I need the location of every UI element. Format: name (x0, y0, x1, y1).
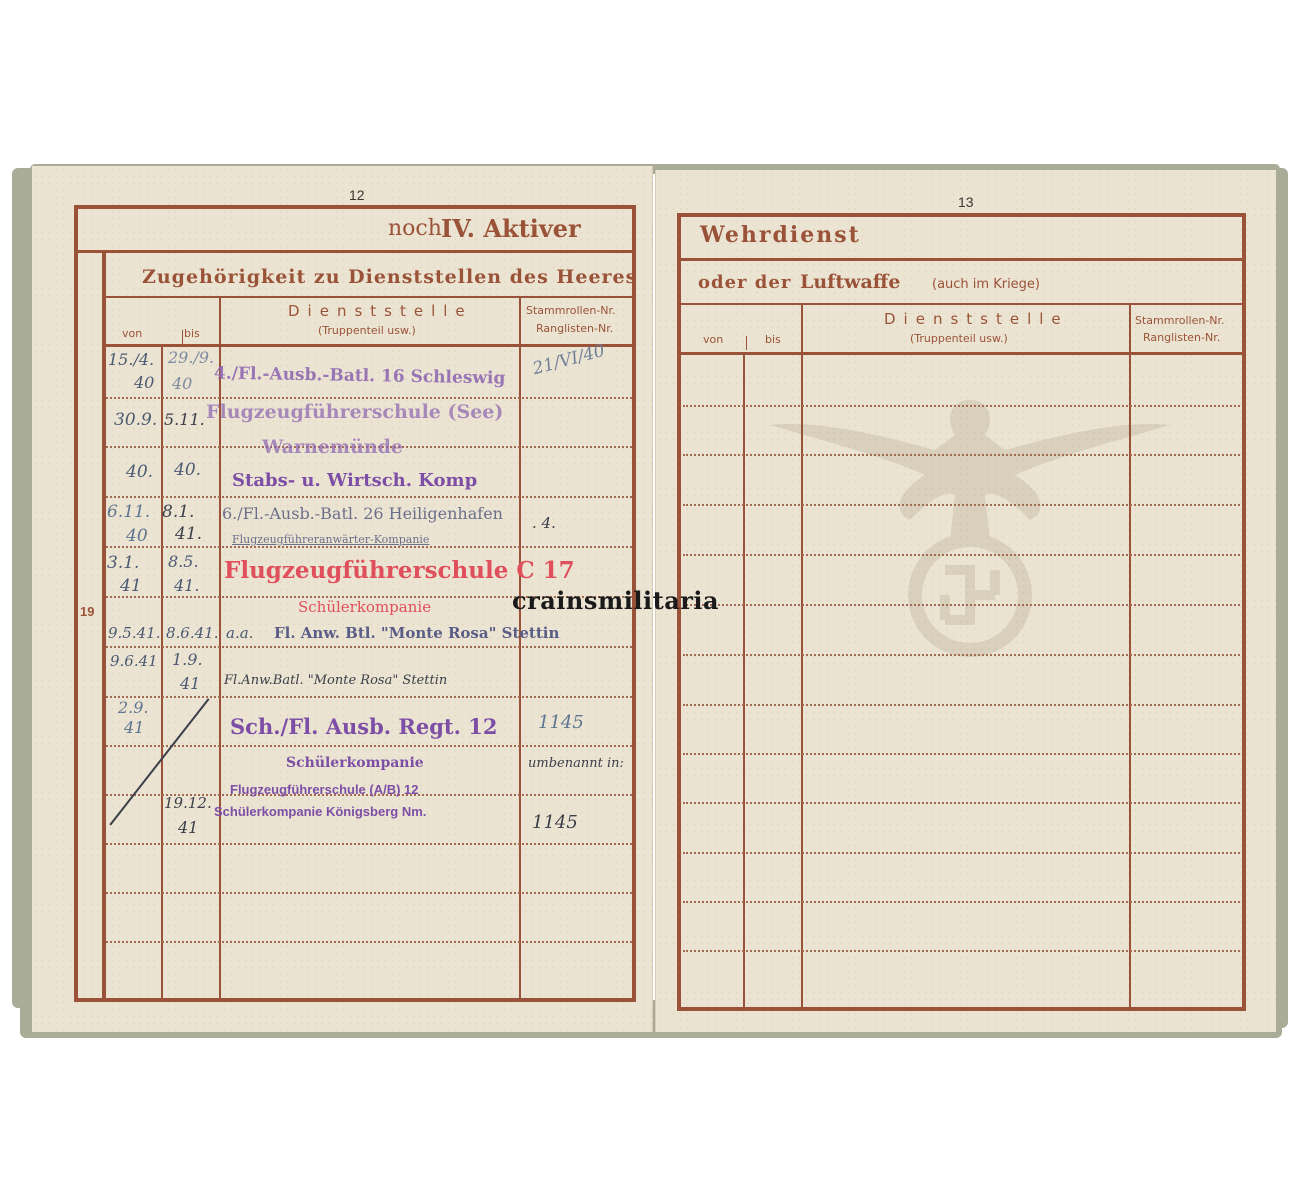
hw-von: 2.9. (118, 698, 149, 717)
header-title-prefix: noch (388, 216, 442, 241)
hw-bis: 41. (174, 576, 199, 595)
row-line (683, 802, 1240, 804)
header-divider (677, 258, 1246, 261)
row-line (106, 496, 632, 498)
hw-bis: 41 (180, 674, 200, 693)
hw-note-aa: a.a. (226, 624, 253, 642)
row-line (106, 745, 632, 747)
hw-von: 15./4. (108, 350, 154, 369)
hw-bis: 19.12. (164, 794, 212, 812)
hw-von: 6.11. (107, 502, 150, 522)
col-header-dienststelle: Dienststelle (884, 310, 1069, 328)
hw-von: 40 (126, 526, 148, 546)
hw-bis: 8.1. (162, 502, 194, 522)
hw-stamm: 1145 (532, 812, 578, 833)
col-divider-dienststelle (519, 298, 521, 1000)
stamp-heiligenhafen: 6./Fl.-Ausb.-Batl. 26 Heiligenhafen (222, 504, 503, 523)
row-line (683, 950, 1240, 952)
col-header-stamm-1: Stammrollen-Nr. (1135, 314, 1225, 327)
row-line (683, 454, 1240, 456)
row-line (683, 704, 1240, 706)
section-title-main: Luftwaffe (800, 271, 900, 293)
side-page-number: 19 (80, 604, 94, 619)
section-divider (104, 296, 634, 298)
col-header-dienststelle: Dienststelle (288, 302, 473, 320)
section-title: Zugehörigkeit zu Dienststellen des Heere… (142, 266, 637, 288)
header-divider (74, 250, 636, 253)
hw-stamm: 1145 (538, 712, 584, 733)
margin-line (102, 252, 106, 1000)
column-header-divider (104, 344, 634, 347)
row-line (683, 604, 1240, 606)
section-title-suffix: (auch im Kriege) (932, 277, 1040, 292)
header-title: Wehrdienst (700, 222, 861, 248)
hw-von: 41 (124, 718, 144, 737)
stamp-fschule-c17: Flugzeugführerschule C 17 (224, 557, 575, 584)
hw-von: 41 (120, 576, 142, 596)
row-line (683, 753, 1240, 755)
col-header-von: von (703, 333, 723, 346)
hw-bis: 40 (172, 374, 192, 393)
von-bis-tick (182, 330, 183, 344)
col-header-stamm-1: Stammrollen-Nr. (526, 304, 616, 317)
stamp-schuelerkomp-red: Schülerkompanie (298, 598, 431, 616)
row-line (683, 504, 1240, 506)
section-title-prefix: oder der (698, 272, 791, 293)
section-divider (681, 303, 1242, 305)
row-line (106, 941, 632, 943)
hw-bis: 40. (174, 460, 201, 480)
eagle-emblem-icon (760, 380, 1180, 660)
hw-bis: 41 (178, 818, 198, 837)
hw-entry: Fl.Anw.Batl. "Monte Rosa" Stettin (224, 673, 447, 688)
row-line (106, 397, 632, 399)
row-line (683, 901, 1240, 903)
stamp-warnemuende: Warnemünde (262, 436, 403, 458)
stamp-fschule-ab12: Flugzeugführerschule (A/B) 12 (230, 782, 419, 797)
hw-bis: 5.11. (164, 410, 205, 429)
hw-bis: 1.9. (172, 650, 203, 669)
stamp-monte-rosa: Fl. Anw. Btl. "Monte Rosa" Stettin (274, 624, 559, 642)
row-line (683, 654, 1240, 656)
row-line (683, 554, 1240, 556)
hw-bis: 8.6.41. (166, 624, 218, 642)
hw-von: 3.1. (107, 553, 139, 573)
hw-bis: 8.5. (168, 552, 199, 571)
stamp-anwaerter-komp: Flugzeugführeranwärter-Kompanie (232, 533, 429, 546)
stamp-ausb-regt-12: Sch./Fl. Ausb. Regt. 12 (230, 714, 497, 739)
column-header-divider (681, 352, 1242, 355)
von-bis-tick (746, 336, 747, 350)
col-divider-von (743, 354, 745, 1008)
col-header-bis: bis (184, 327, 200, 340)
row-line (106, 892, 632, 894)
row-line (106, 646, 632, 648)
col-header-dienststelle-sub: (Truppenteil usw.) (318, 324, 416, 337)
hw-bis: 29./9. (168, 348, 214, 367)
row-line (106, 696, 632, 698)
col-header-stamm-2: Ranglisten-Nr. (1143, 331, 1220, 344)
row-line (683, 405, 1240, 407)
col-header-von: von (122, 327, 142, 340)
hw-von: 40 (134, 373, 154, 392)
hw-von: 40. (126, 462, 153, 482)
hw-note: umbenannt in: (528, 756, 624, 771)
hw-von: 30.9. (114, 410, 157, 430)
right-page-number: 13 (958, 194, 974, 210)
stamp-fschule-see: Flugzeugführerschule (See) (206, 401, 503, 423)
col-divider-von (161, 346, 163, 1000)
hw-von: 9.6.41 (110, 652, 158, 670)
hw-von: 9.5.41. (108, 624, 160, 642)
stamp-schuelerkomp: Schülerkompanie (286, 755, 424, 771)
stamp-stabs-komp: Stabs- u. Wirtsch. Komp (232, 470, 477, 491)
seller-watermark: crainsmilitaria (512, 586, 719, 615)
col-header-bis: bis (765, 333, 781, 346)
col-header-stamm-2: Ranglisten-Nr. (536, 322, 613, 335)
hw-bis: 41. (175, 524, 202, 544)
row-line (106, 546, 632, 548)
hw-stamm: . 4. (532, 514, 556, 532)
col-header-dienststelle-sub: (Truppenteil usw.) (910, 332, 1008, 345)
row-line (106, 843, 632, 845)
row-line (683, 852, 1240, 854)
stamp-koenigsberg: Schülerkompanie Königsberg Nm. (214, 804, 426, 819)
left-page-number: 12 (349, 187, 365, 203)
header-title: IV. Aktiver (441, 214, 581, 243)
